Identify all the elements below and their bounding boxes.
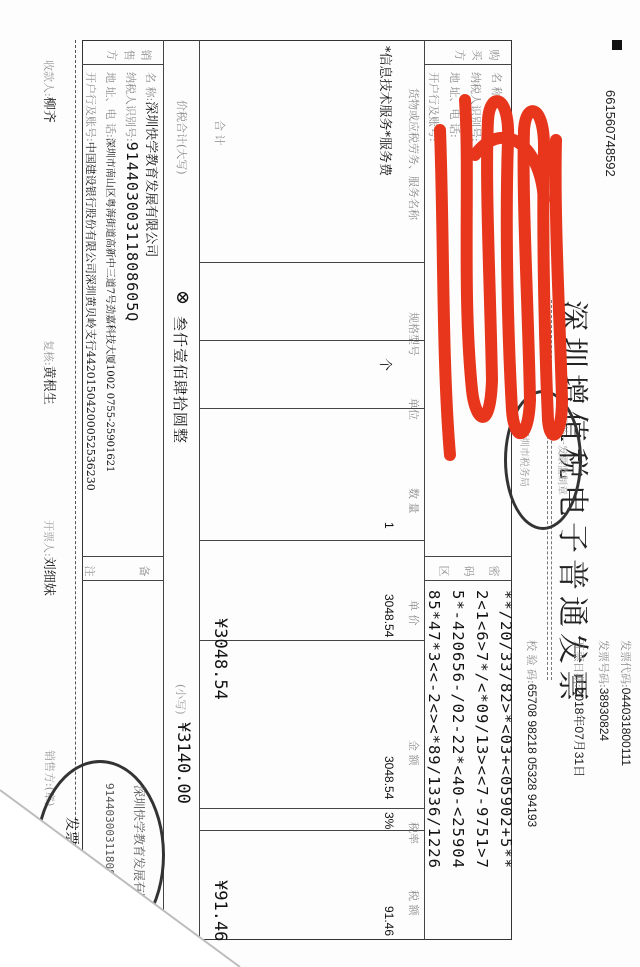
cross-circle-icon: ⊗ (172, 290, 193, 305)
cipher-section-label: 密码区 (425, 562, 500, 578)
seller-bank-row: 开户行及账号:中国建设银行股份有限公司深圳黄贝岭支行44201504200052… (82, 72, 102, 491)
seller-invoice-stamp: 深圳快学教育发展有限公司 91440300311808605Q 发票专用章 (35, 760, 165, 950)
seller-taxid-row: 纳税人识别号:91440300311808605Q (122, 72, 142, 491)
table-row: *信息技术服务*服务费 个 1 3048.54 3048.54 3% 91.46 (374, 40, 396, 940)
check-code: 校 验 码:65708 98218 05328 94193 (524, 640, 540, 827)
total-in-words: 叁仟壹佰肆拾圆整 (170, 316, 191, 444)
item-rate: 3% (382, 812, 396, 829)
seller-section-label: 销售方 (101, 46, 152, 62)
item-price: 3048.54 (382, 594, 396, 637)
redaction-scribble (420, 60, 640, 520)
seller-info: 名 称:深圳快学教育发展有限公司 纳税人识别号:9144030031180860… (82, 72, 162, 491)
barcode-mark (612, 40, 622, 50)
invoice-code: 发票代码:044031800111 (618, 640, 634, 766)
row-divider-grand (163, 40, 164, 940)
total-in-figures: ¥3140.00 (173, 722, 193, 804)
issuer: 开票人:刘细妹 (41, 520, 60, 596)
total-amount: ¥3048.54 (210, 618, 230, 700)
remarks-label: 备 注 (65, 562, 151, 578)
cipher-divider (425, 556, 512, 557)
item-tax: 91.46 (382, 906, 396, 936)
grand-total-row: 价税合计(大写) ⊗ 叁仟壹佰肆拾圆整 (小写) ¥3140.00 (164, 40, 200, 940)
reviewer: 复核:黄根生 (41, 340, 60, 405)
invoice-sheet: 661560748592 深圳增值税电子普通发票 全国统一发票监制章 深圳市税务… (0, 0, 640, 967)
cipher-block: **/20/33/82>*<03+<05902+5** 2<1<6>7*/<*0… (422, 590, 518, 869)
invoice-date: 开票日期:2018年07月31日 (571, 640, 588, 777)
item-amount: 3048.54 (382, 756, 396, 799)
items-header-row: 货物或应税劳务、服务名称 规格型号 单位 数 量 单 价 金 额 税率 税 额 (402, 40, 422, 940)
payee: 收款人:柳齐 (41, 60, 60, 123)
remarks-label-divider (82, 580, 164, 581)
item-qty: 1 (382, 522, 396, 529)
remarks-divider (82, 556, 164, 557)
invoice-number: 发票号码:38930824 (596, 640, 612, 741)
item-unit: 个 (377, 358, 396, 371)
total-tax: ¥91.46 (210, 880, 230, 941)
seller-name-row: 名 称:深圳快学教育发展有限公司 (142, 72, 162, 491)
item-name: *信息技术服务*服务费 (377, 46, 396, 176)
seller-label-divider (82, 64, 164, 65)
seller-address-row: 地 址、电 话:深圳市南山区粤海街道高新中三道7号劲嘉科技大厦1002 0755… (102, 72, 122, 491)
subtotal-row: 合 计 ¥3048.54 ¥91.46 (206, 40, 232, 940)
cipher-label-divider (425, 580, 512, 581)
